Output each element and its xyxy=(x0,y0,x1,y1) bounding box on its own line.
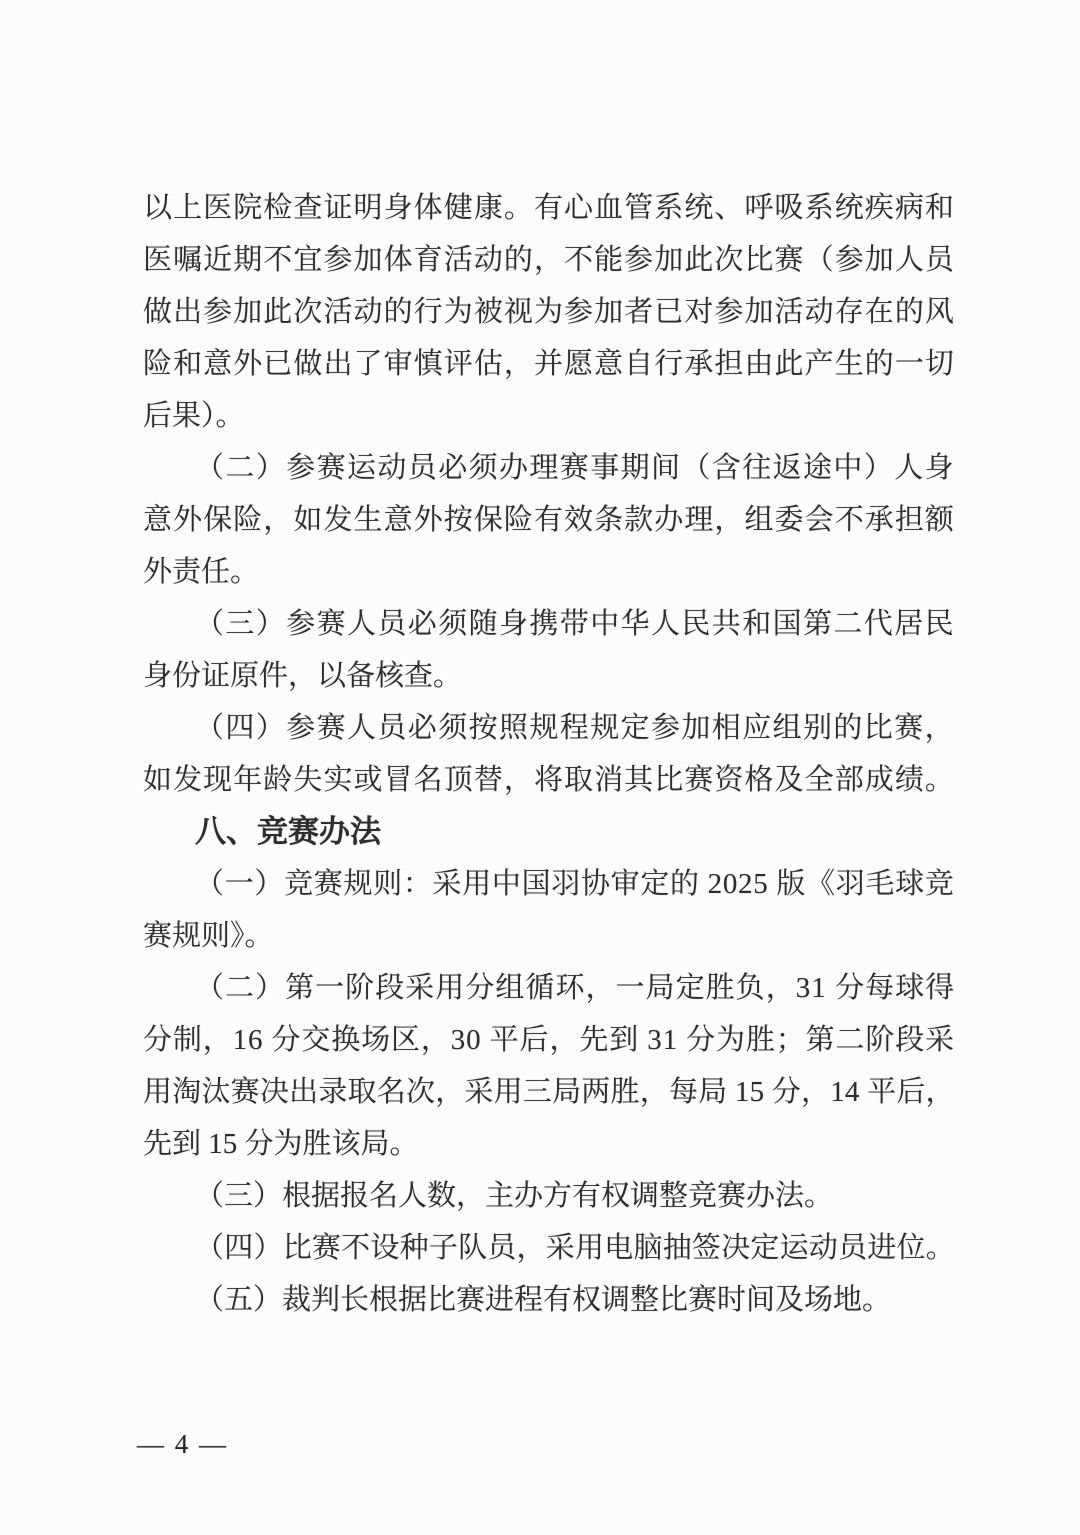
line-text: 赛规则》。 xyxy=(143,920,274,952)
line-text: （五）裁判长根据比赛进程有权调整比赛时间及场地。 xyxy=(195,1284,891,1316)
text-line: （三）根据报名人数，主办方有权调整竞赛办法。 xyxy=(143,1170,955,1222)
line-text: （四）比赛不设种子队员，采用电脑抽签决定运动员进位。 xyxy=(195,1232,955,1264)
text-line: （五）裁判长根据比赛进程有权调整比赛时间及场地。 xyxy=(143,1274,955,1326)
line-text: （二）参赛运动员必须办理赛事期间（含往返途中）人身 xyxy=(195,452,955,484)
text-line: （二）参赛运动员必须办理赛事期间（含往返途中）人身 xyxy=(143,442,955,494)
text-line: 后果）。 xyxy=(143,390,955,442)
text-line: 赛规则》。 xyxy=(143,910,955,962)
text-line: （一）竞赛规则：采用中国羽协审定的 2025 版《羽毛球竞 xyxy=(143,858,955,910)
line-text: （四）参赛人员必须按照规程规定参加相应组别的比赛， xyxy=(195,712,955,744)
line-text: 分制，16 分交换场区，30 平后，先到 31 分为胜；第二阶段采 xyxy=(143,1024,955,1056)
text-line: 险和意外已做出了审慎评估，并愿意自行承担由此产生的一切 xyxy=(143,338,955,390)
line-text: 做出参加此次活动的行为被视为参加者已对参加活动存在的风 xyxy=(143,296,955,328)
line-text: （一）竞赛规则：采用中国羽协审定的 2025 版《羽毛球竞 xyxy=(195,868,955,900)
text-line: 先到 15 分为胜该局。 xyxy=(143,1118,955,1170)
text-line: 做出参加此次活动的行为被视为参加者已对参加活动存在的风 xyxy=(143,286,955,338)
text-line: （二）第一阶段采用分组循环，一局定胜负，31 分每球得 xyxy=(143,962,955,1014)
line-text: 险和意外已做出了审慎评估，并愿意自行承担由此产生的一切 xyxy=(143,348,955,380)
section-heading: 八、竞赛办法 xyxy=(143,806,955,858)
line-text: 医嘱近期不宜参加体育活动的，不能参加此次比赛（参加人员 xyxy=(143,244,955,276)
text-line: 外责任。 xyxy=(143,546,955,598)
line-text: （三）根据报名人数，主办方有权调整竞赛办法。 xyxy=(195,1180,833,1212)
line-text: 先到 15 分为胜该局。 xyxy=(143,1128,419,1160)
line-text: 外责任。 xyxy=(143,556,259,588)
text-line: （四）参赛人员必须按照规程规定参加相应组别的比赛， xyxy=(143,702,955,754)
document-page: 以上医院检查证明身体健康。有心血管系统、呼吸系统疾病和医嘱近期不宜参加体育活动的… xyxy=(0,0,1080,1535)
text-line: 用淘汰赛决出录取名次，采用三局两胜，每局 15 分，14 平后， xyxy=(143,1066,955,1118)
line-text: 用淘汰赛决出录取名次，采用三局两胜，每局 15 分，14 平后， xyxy=(143,1076,955,1108)
text-line: 医嘱近期不宜参加体育活动的，不能参加此次比赛（参加人员 xyxy=(143,234,955,286)
line-text: 以上医院检查证明身体健康。有心血管系统、呼吸系统疾病和 xyxy=(143,192,955,224)
line-text: 后果）。 xyxy=(143,400,245,432)
text-line: 以上医院检查证明身体健康。有心血管系统、呼吸系统疾病和 xyxy=(143,182,955,234)
text-line: 如发现年龄失实或冒名顶替，将取消其比赛资格及全部成绩。 xyxy=(143,754,955,806)
line-text: （三）参赛人员必须随身携带中华人民共和国第二代居民 xyxy=(195,608,955,640)
line-text: 如发现年龄失实或冒名顶替，将取消其比赛资格及全部成绩。 xyxy=(143,764,955,796)
line-text: （二）第一阶段采用分组循环，一局定胜负，31 分每球得 xyxy=(195,972,955,1004)
line-text: 八、竞赛办法 xyxy=(195,814,381,849)
line-text: 意外保险，如发生意外按保险有效条款办理，组委会不承担额 xyxy=(143,504,955,536)
line-text: 身份证原件，以备核查。 xyxy=(143,660,462,692)
document-body: 以上医院检查证明身体健康。有心血管系统、呼吸系统疾病和医嘱近期不宜参加体育活动的… xyxy=(143,182,955,1326)
text-line: （三）参赛人员必须随身携带中华人民共和国第二代居民 xyxy=(143,598,955,650)
text-line: 身份证原件，以备核查。 xyxy=(143,650,955,702)
text-line: （四）比赛不设种子队员，采用电脑抽签决定运动员进位。 xyxy=(143,1222,955,1274)
page-number: — 4 — xyxy=(137,1429,228,1459)
text-line: 分制，16 分交换场区，30 平后，先到 31 分为胜；第二阶段采 xyxy=(143,1014,955,1066)
text-line: 意外保险，如发生意外按保险有效条款办理，组委会不承担额 xyxy=(143,494,955,546)
